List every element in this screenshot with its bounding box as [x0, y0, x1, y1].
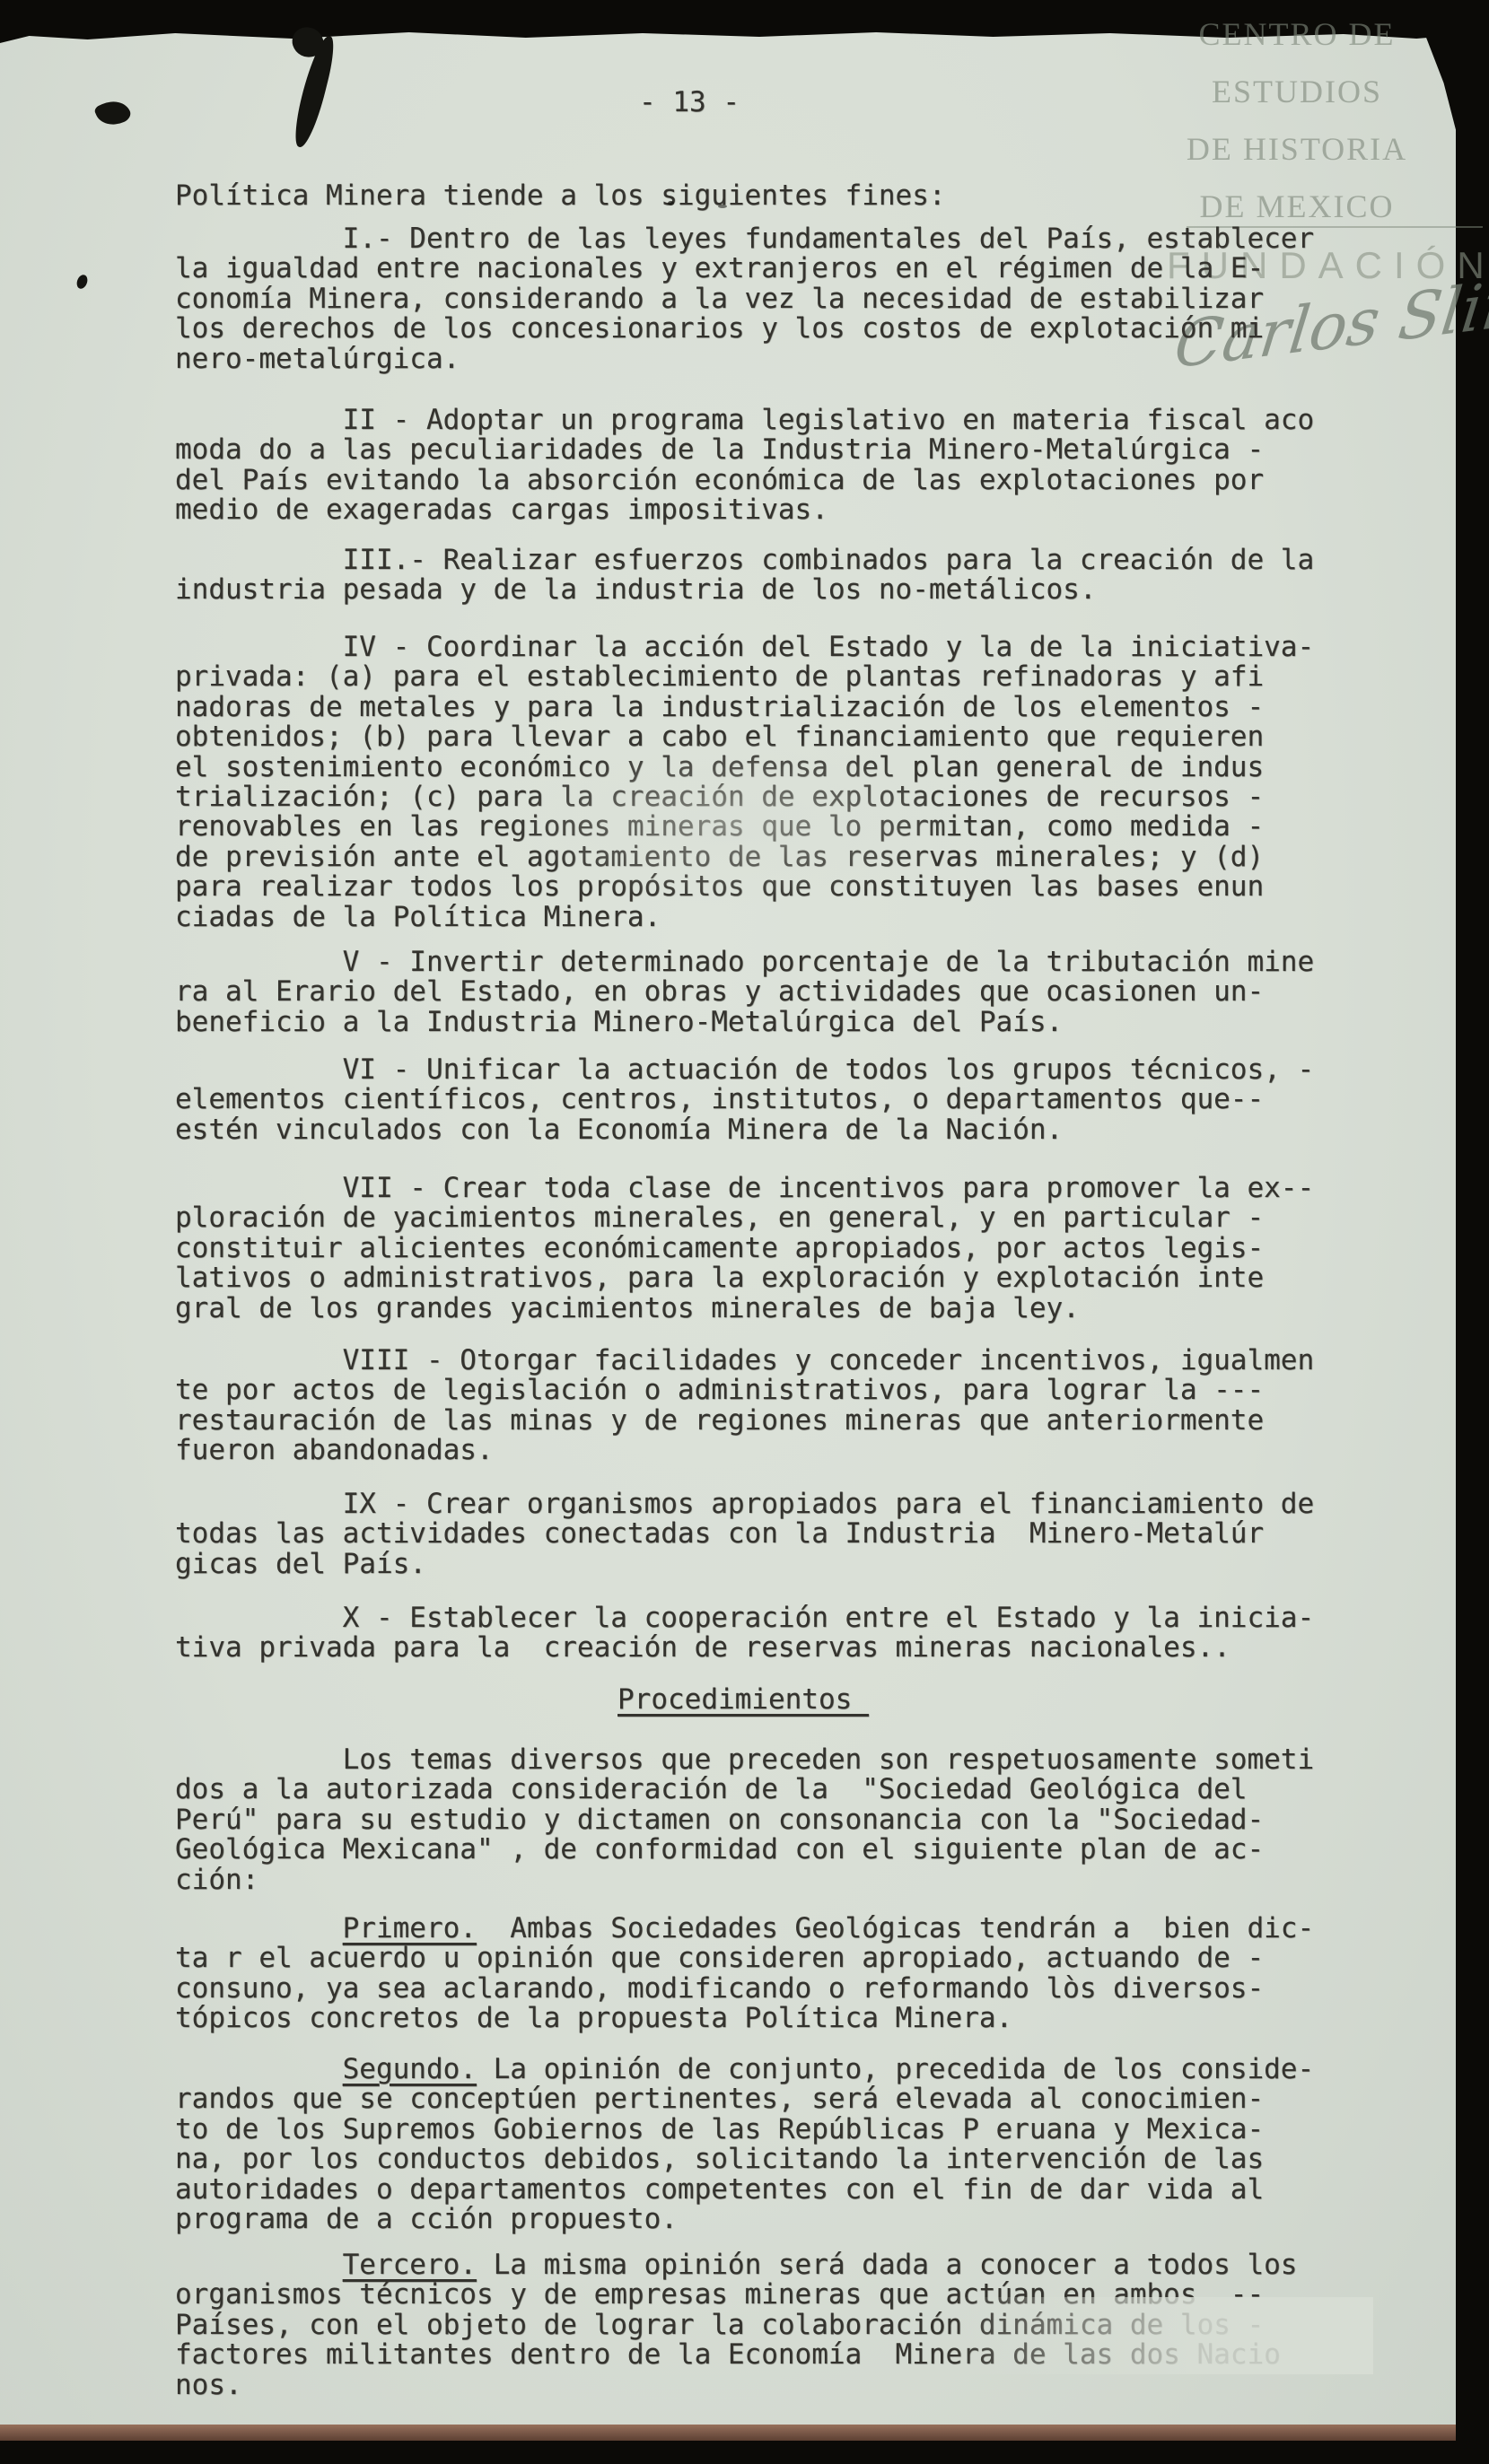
intro-line: Política Minera tiende a los siguientes …	[175, 181, 946, 211]
text-line: trialización; (c) para la creación de ex…	[175, 782, 1314, 812]
paragraph-i: I.- Dentro de las leyes fundamentales de…	[175, 224, 1314, 374]
paragraph-ix: IX - Crear organismos apropiados para el…	[175, 1490, 1314, 1579]
text-line: ploración de yacimientos minerales, en g…	[175, 1203, 1314, 1233]
text-line: estén vinculados con la Economía Minera …	[175, 1115, 1314, 1145]
page-number: - 13 -	[639, 88, 740, 118]
text-line: nos.	[175, 2371, 1297, 2400]
text-line: los derechos de los concesionarios y los…	[175, 314, 1314, 344]
text-line: para realizar todos los propósitos que c…	[175, 872, 1314, 902]
text-line: Tercero. La misma opinión será dada a co…	[175, 2250, 1297, 2280]
paragraph-iv: IV - Coordinar la acción del Estado y la…	[175, 633, 1314, 932]
watermark-line: ESTUDIOS	[1117, 63, 1476, 120]
paragraph-x: X - Establecer la cooperación entre el E…	[175, 1603, 1314, 1664]
text-line: to de los Supremos Gobiernos de las Repú…	[175, 2115, 1314, 2145]
text-line: elementos científicos, centros, institut…	[175, 1085, 1314, 1114]
paragraph-temas: Los temas diversos que preceden son resp…	[175, 1745, 1314, 1895]
text-line: X - Establecer la cooperación entre el E…	[175, 1603, 1314, 1633]
text-line: renovables en las regiones mineras que l…	[175, 812, 1314, 842]
paragraph-primero: Primero. Ambas Sociedades Geológicas ten…	[175, 1914, 1314, 2034]
text-line: II - Adoptar un programa legislativo en …	[175, 406, 1314, 435]
text-line: - 13 -	[639, 88, 740, 118]
text-line: del País evitando la absorción económica…	[175, 466, 1314, 495]
text-line: fueron abandonadas.	[175, 1436, 1314, 1465]
text-line: Segundo. La opinión de conjunto, precedi…	[175, 2055, 1314, 2084]
text-line: de previsión ante el agotamiento de las …	[175, 843, 1314, 872]
text-line: industria pesada y de la industria de lo…	[175, 575, 1314, 605]
text-line: el sostenimiento económico y la defensa …	[175, 753, 1314, 782]
text-line: autoridades o departamentos competentes …	[175, 2175, 1314, 2205]
text-line: organismos técnicos y de empresas minera…	[175, 2280, 1297, 2310]
text-line: VIII - Otorgar facilidades y conceder in…	[175, 1346, 1314, 1376]
text-line: dos a la autorizada consideración de la …	[175, 1775, 1314, 1804]
text-line: Perú" para su estudio y dictamen on cons…	[175, 1805, 1314, 1835]
text-line: V - Invertir determinado porcentaje de l…	[175, 948, 1314, 977]
text-line: ciadas de la Política Minera.	[175, 903, 1314, 932]
text-line: IV - Coordinar la acción del Estado y la…	[175, 633, 1314, 662]
text-line: privada: (a) para el establecimiento de …	[175, 662, 1314, 692]
watermark-institution: CENTRO DE ESTUDIOS DE HISTORIA DE MEXICO	[1117, 5, 1476, 235]
paragraph-v: V - Invertir determinado porcentaje de l…	[175, 948, 1314, 1037]
text-line: conomía Minera, considerando a la vez la…	[175, 284, 1314, 314]
paragraph-viii: VIII - Otorgar facilidades y conceder in…	[175, 1346, 1314, 1466]
text-line: consuno, ya sea aclarando, modificando o…	[175, 1974, 1314, 2004]
text-line: restauración de las minas y de regiones …	[175, 1406, 1314, 1436]
text-line: te por actos de legislación o administra…	[175, 1376, 1314, 1405]
text-line: Política Minera tiende a los siguientes …	[175, 181, 946, 211]
text-line: obtenidos; (b) para llevar a cabo el fin…	[175, 722, 1314, 752]
text-line: III.- Realizar esfuerzos combinados para…	[175, 546, 1314, 575]
watermark-line: CENTRO DE	[1117, 5, 1476, 63]
text-line: factores militantes dentro de la Economí…	[175, 2340, 1297, 2370]
text-line: gral de los grandes yacimientos minerale…	[175, 1294, 1314, 1324]
text-line: medio de exageradas cargas impositivas.	[175, 495, 1314, 525]
text-line: IX - Crear organismos apropiados para el…	[175, 1490, 1314, 1519]
text-line: Geológica Mexicana" , de conformidad con…	[175, 1835, 1314, 1865]
ink-blot	[668, 201, 674, 205]
paragraph-vii: VII - Crear toda clase de incentivos par…	[175, 1174, 1314, 1324]
paragraph-iii: III.- Realizar esfuerzos combinados para…	[175, 546, 1314, 606]
text-line: I.- Dentro de las leyes fundamentales de…	[175, 224, 1314, 254]
text-line: la igualdad entre nacionales y extranjer…	[175, 254, 1314, 284]
text-line: Procedimientos	[617, 1685, 869, 1715]
paragraph-tercero: Tercero. La misma opinión será dada a co…	[175, 2250, 1297, 2400]
text-line: ta r el acuerdo u opinión que consideren…	[175, 1944, 1314, 1973]
paragraph-ii: II - Adoptar un programa legislativo en …	[175, 406, 1314, 526]
watermark-line: DE HISTORIA	[1117, 120, 1476, 178]
text-line: lativos o administrativos, para la explo…	[175, 1263, 1314, 1293]
text-line: ción:	[175, 1865, 1314, 1895]
scanned-document: CENTRO DE ESTUDIOS DE HISTORIA DE MEXICO…	[0, 0, 1489, 2464]
text-line: todas las actividades conectadas con la …	[175, 1519, 1314, 1549]
text-line: randos que se conceptúen pertinentes, se…	[175, 2084, 1314, 2114]
text-line: VII - Crear toda clase de incentivos par…	[175, 1174, 1314, 1203]
text-line: VI - Unificar la actuación de todos los …	[175, 1055, 1314, 1085]
text-line: Primero. Ambas Sociedades Geológicas ten…	[175, 1914, 1314, 1944]
paper-bottom-edge	[0, 2425, 1460, 2441]
text-line: programa de a cción propuesto.	[175, 2205, 1314, 2234]
text-line: gicas del País.	[175, 1550, 1314, 1579]
text-line: tópicos concretos de la propuesta Políti…	[175, 2004, 1314, 2033]
text-line: tiva privada para la creación de reserva…	[175, 1633, 1314, 1663]
text-line: na, por los conductos debidos, solicitan…	[175, 2145, 1314, 2174]
text-line: nadoras de metales y para la industriali…	[175, 693, 1314, 722]
heading-procedimientos: Procedimientos	[617, 1685, 869, 1715]
scan-right-edge	[1456, 0, 1489, 2464]
text-line: Los temas diversos que preceden son resp…	[175, 1745, 1314, 1775]
ink-blot	[718, 205, 727, 208]
paragraph-segundo: Segundo. La opinión de conjunto, precedi…	[175, 2055, 1314, 2234]
text-line: nero-metalúrgica.	[175, 345, 1314, 374]
text-line: moda do a las peculiaridades de la Indus…	[175, 435, 1314, 465]
paragraph-vi: VI - Unificar la actuación de todos los …	[175, 1055, 1314, 1145]
text-line: beneficio a la Industria Minero-Metalúrg…	[175, 1008, 1314, 1037]
text-line: Países, con el objeto de lograr la colab…	[175, 2311, 1297, 2340]
text-line: ra al Erario del Estado, en obras y acti…	[175, 977, 1314, 1007]
text-line: constituir alicientes económicamente apr…	[175, 1234, 1314, 1263]
